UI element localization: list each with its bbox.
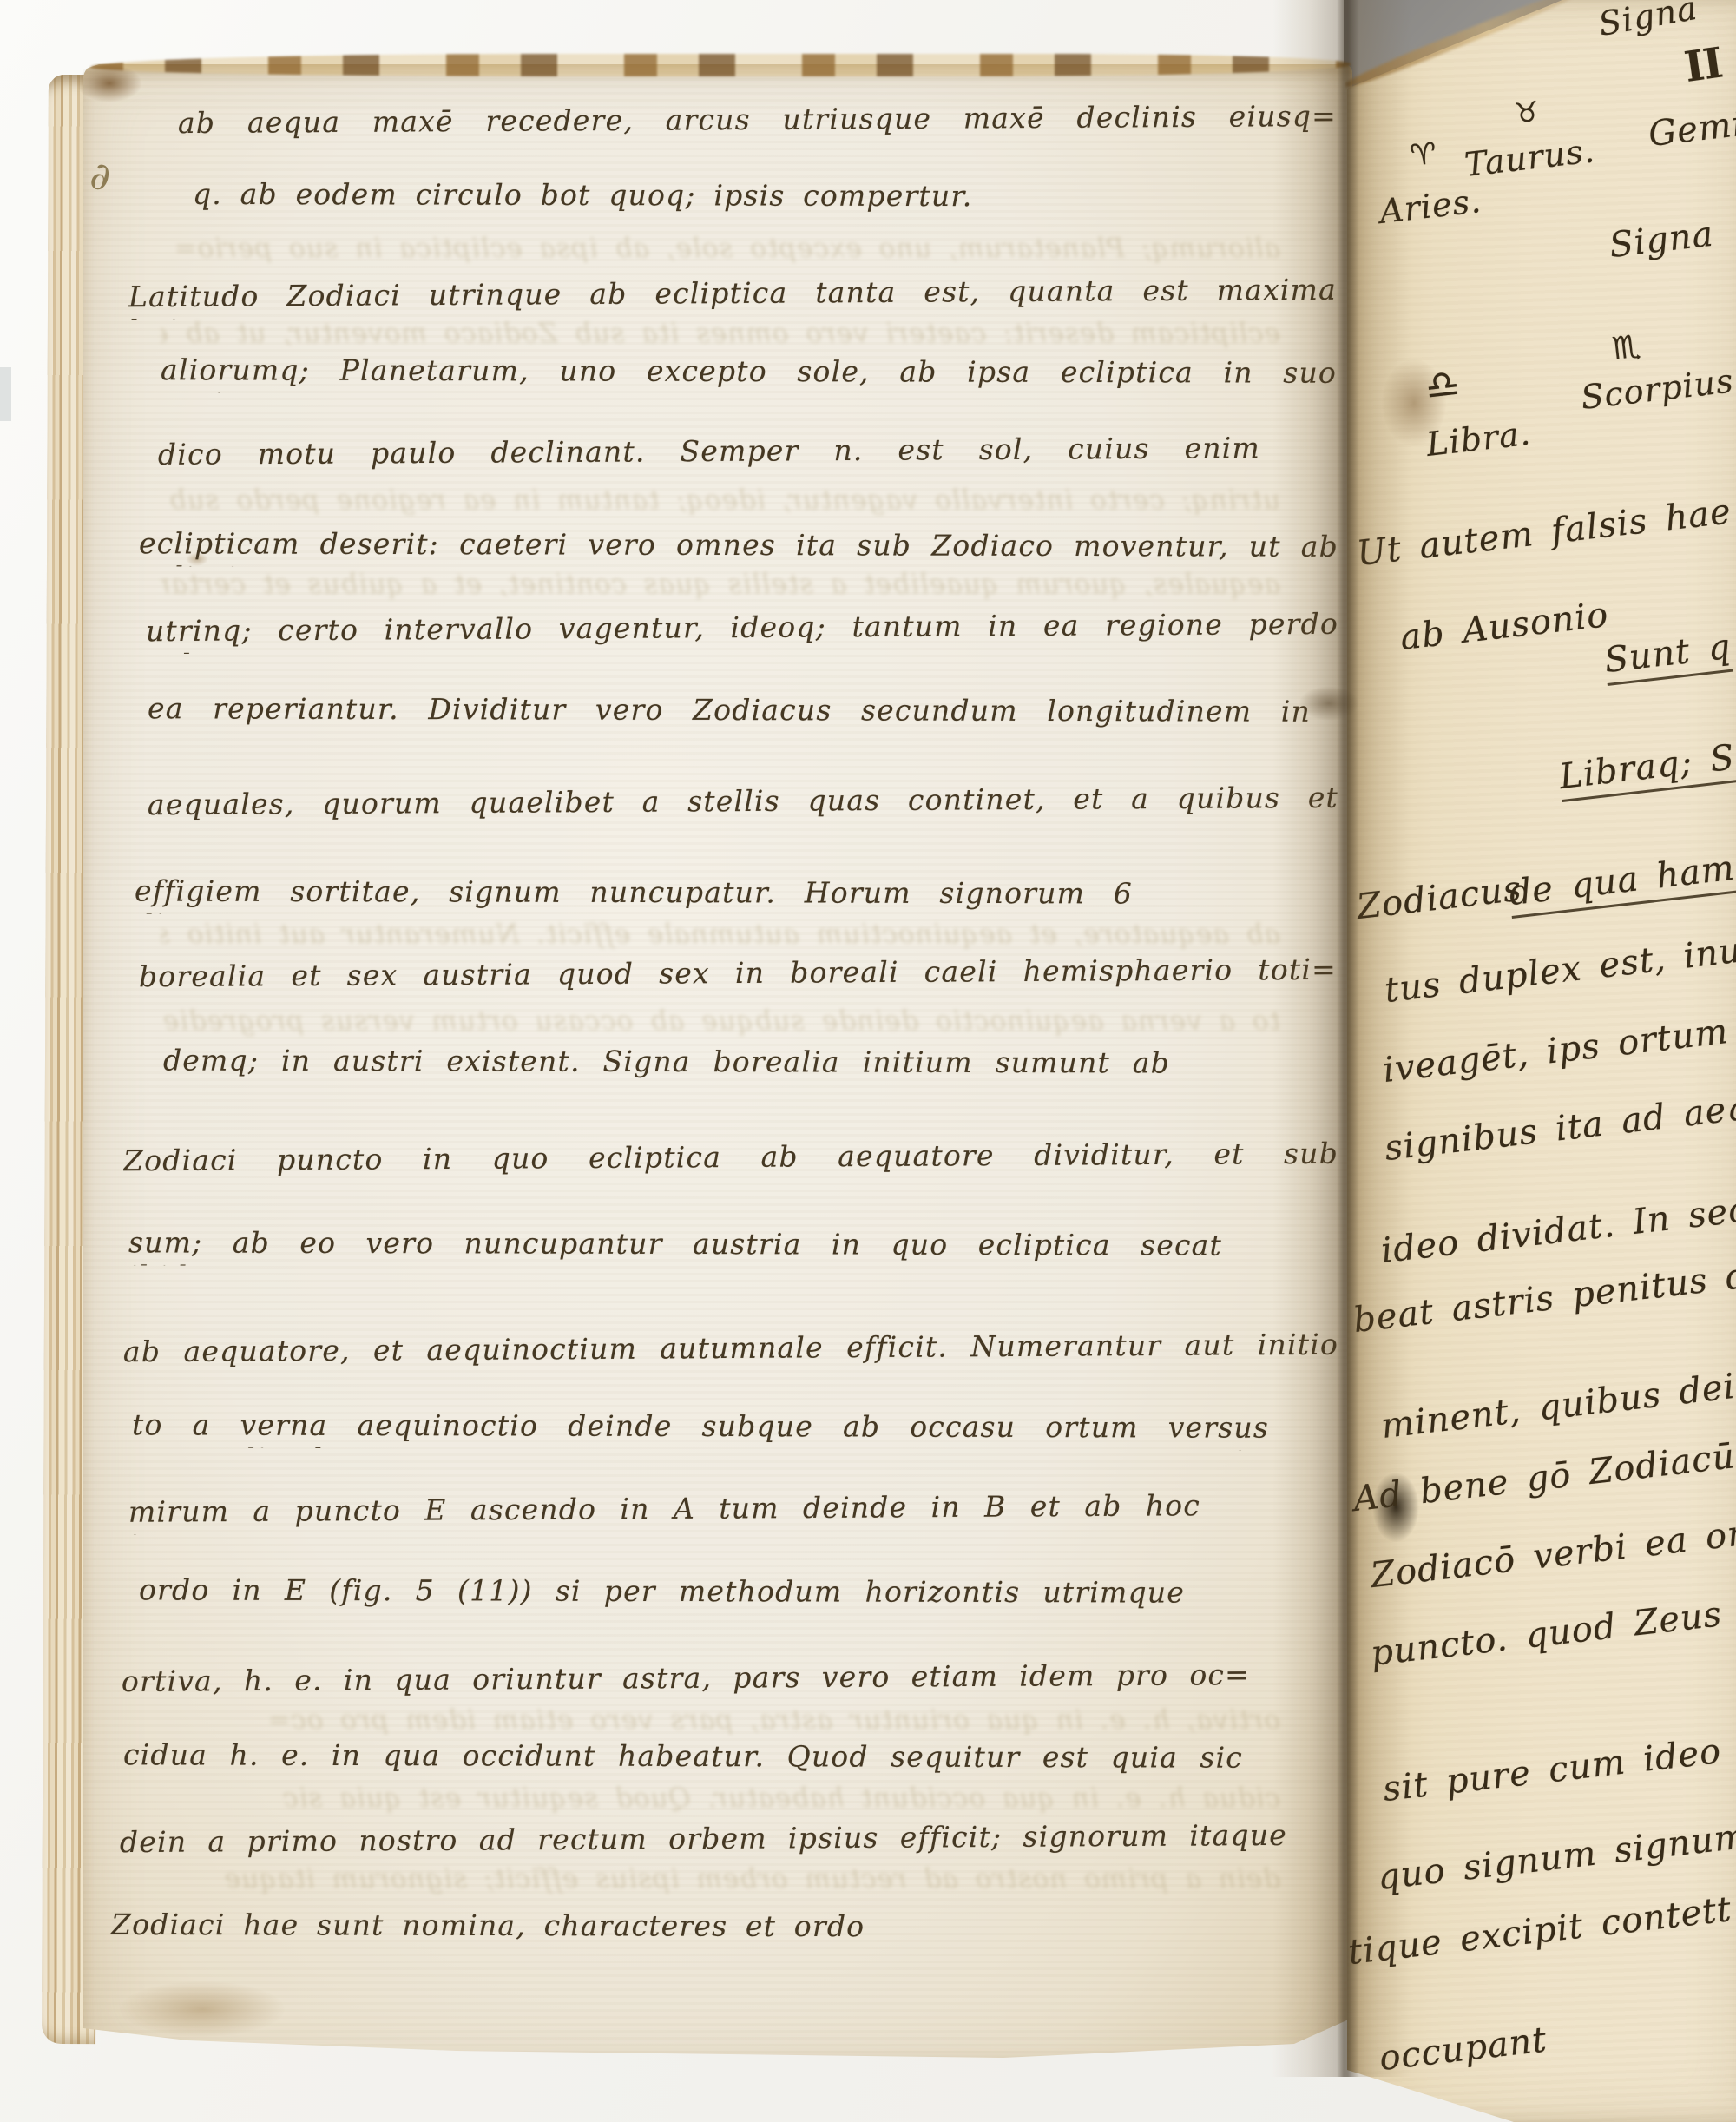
manuscript-line: ordo in E (fig. 5 (11)) si per methodum … bbox=[139, 1572, 1185, 1615]
gemini-glyph: II bbox=[1681, 39, 1725, 92]
manuscript-line: aliorumq; Planetarum, uno excepto sole, … bbox=[161, 353, 1337, 396]
manuscript-photo: { "page_left": { "margin_mark": "∂", "li… bbox=[0, 0, 1736, 2122]
manuscript-line: demq; in austri existent. Signa borealia… bbox=[163, 1043, 1170, 1085]
ghost-line: ab aequatore, et aequinoctium autumnale … bbox=[161, 919, 1280, 955]
manuscript-line: mirum a puncto E ascendo in A tum deinde… bbox=[128, 1488, 1200, 1535]
manuscript-line: Zodiaci puncto in quo ecliptica ab aequa… bbox=[123, 1137, 1338, 1184]
manuscript-line: effigiem sortitae, signum nuncupatur. Ho… bbox=[135, 873, 1133, 916]
page-left-deckled-top-edge bbox=[90, 54, 1351, 76]
ghost-line: to a verna aequinoctio deinde subque ab … bbox=[161, 1005, 1280, 1042]
manuscript-line: q. ab eodem circulo bot quoq; ipsis comp… bbox=[193, 177, 973, 213]
ghost-line: ortiva, h. e. in qua oriuntur astra, par… bbox=[161, 1704, 1280, 1741]
ghost-line: eclipticam deserit: caeteri vero omnes i… bbox=[161, 318, 1280, 354]
manuscript-line: ortiva, h. e. in qua oriuntur astra, par… bbox=[122, 1657, 1250, 1704]
manuscript-line: utrinq; certo intervallo vagentur, ideoq… bbox=[146, 607, 1338, 654]
ghost-line: cidua h. e. in qua occidunt habeatur. Qu… bbox=[161, 1783, 1280, 1819]
ghost-line: aequales, quorum quaelibet a stellis qua… bbox=[161, 569, 1280, 605]
manuscript-line: cidua h. e. in qua occidunt habeatur. Qu… bbox=[123, 1737, 1243, 1780]
manuscript-line: dico motu paulo declinant. Semper n. est… bbox=[158, 431, 1260, 478]
manuscript-line: ab aequatore, et aequinoctium autumnale … bbox=[123, 1328, 1338, 1375]
aries-glyph: ♈ bbox=[1408, 136, 1439, 174]
manuscript-line: aequales, quorum quaelibet a stellis qua… bbox=[148, 781, 1338, 827]
manuscript-line: borealia et sex austria quod sex in bore… bbox=[139, 952, 1337, 999]
manuscript-line: dein a primo nostro ad rectum orbem ipsi… bbox=[120, 1818, 1287, 1865]
manuscript-line: Latitudo Zodiaci utrinque ab ecliptica t… bbox=[128, 273, 1337, 320]
manuscript-line: sum; ab eo vero nuncupantur austria in q… bbox=[128, 1225, 1222, 1268]
manuscript-line: eclipticam deserit: caeteri vero omnes i… bbox=[139, 526, 1338, 570]
ghost-line: aliorumq; Planetarum, uno excepto sole, … bbox=[161, 233, 1280, 269]
scorpius-glyph: ♏ bbox=[1610, 328, 1643, 367]
manuscript-line: to a verna aequinoctio deinde subque ab … bbox=[132, 1407, 1269, 1450]
ghost-line: utrinq; certo intervallo vagentur, ideoq… bbox=[161, 484, 1280, 521]
libra-glyph: ♎ bbox=[1423, 361, 1463, 409]
backdrop-sliver bbox=[0, 367, 11, 421]
manuscript-line: ea reperiantur. Dividitur vero Zodiacus … bbox=[148, 691, 1311, 735]
manuscript-line: ab aequa maxē recedere, arcus utriusque … bbox=[178, 99, 1337, 146]
manuscript-line: Zodiaci hae sunt nomina, characteres et … bbox=[111, 1908, 865, 1943]
ghost-line: dein a primo nostro ad rectum orbem ipsi… bbox=[161, 1863, 1280, 1900]
taurus-glyph: ♉ bbox=[1513, 95, 1542, 130]
